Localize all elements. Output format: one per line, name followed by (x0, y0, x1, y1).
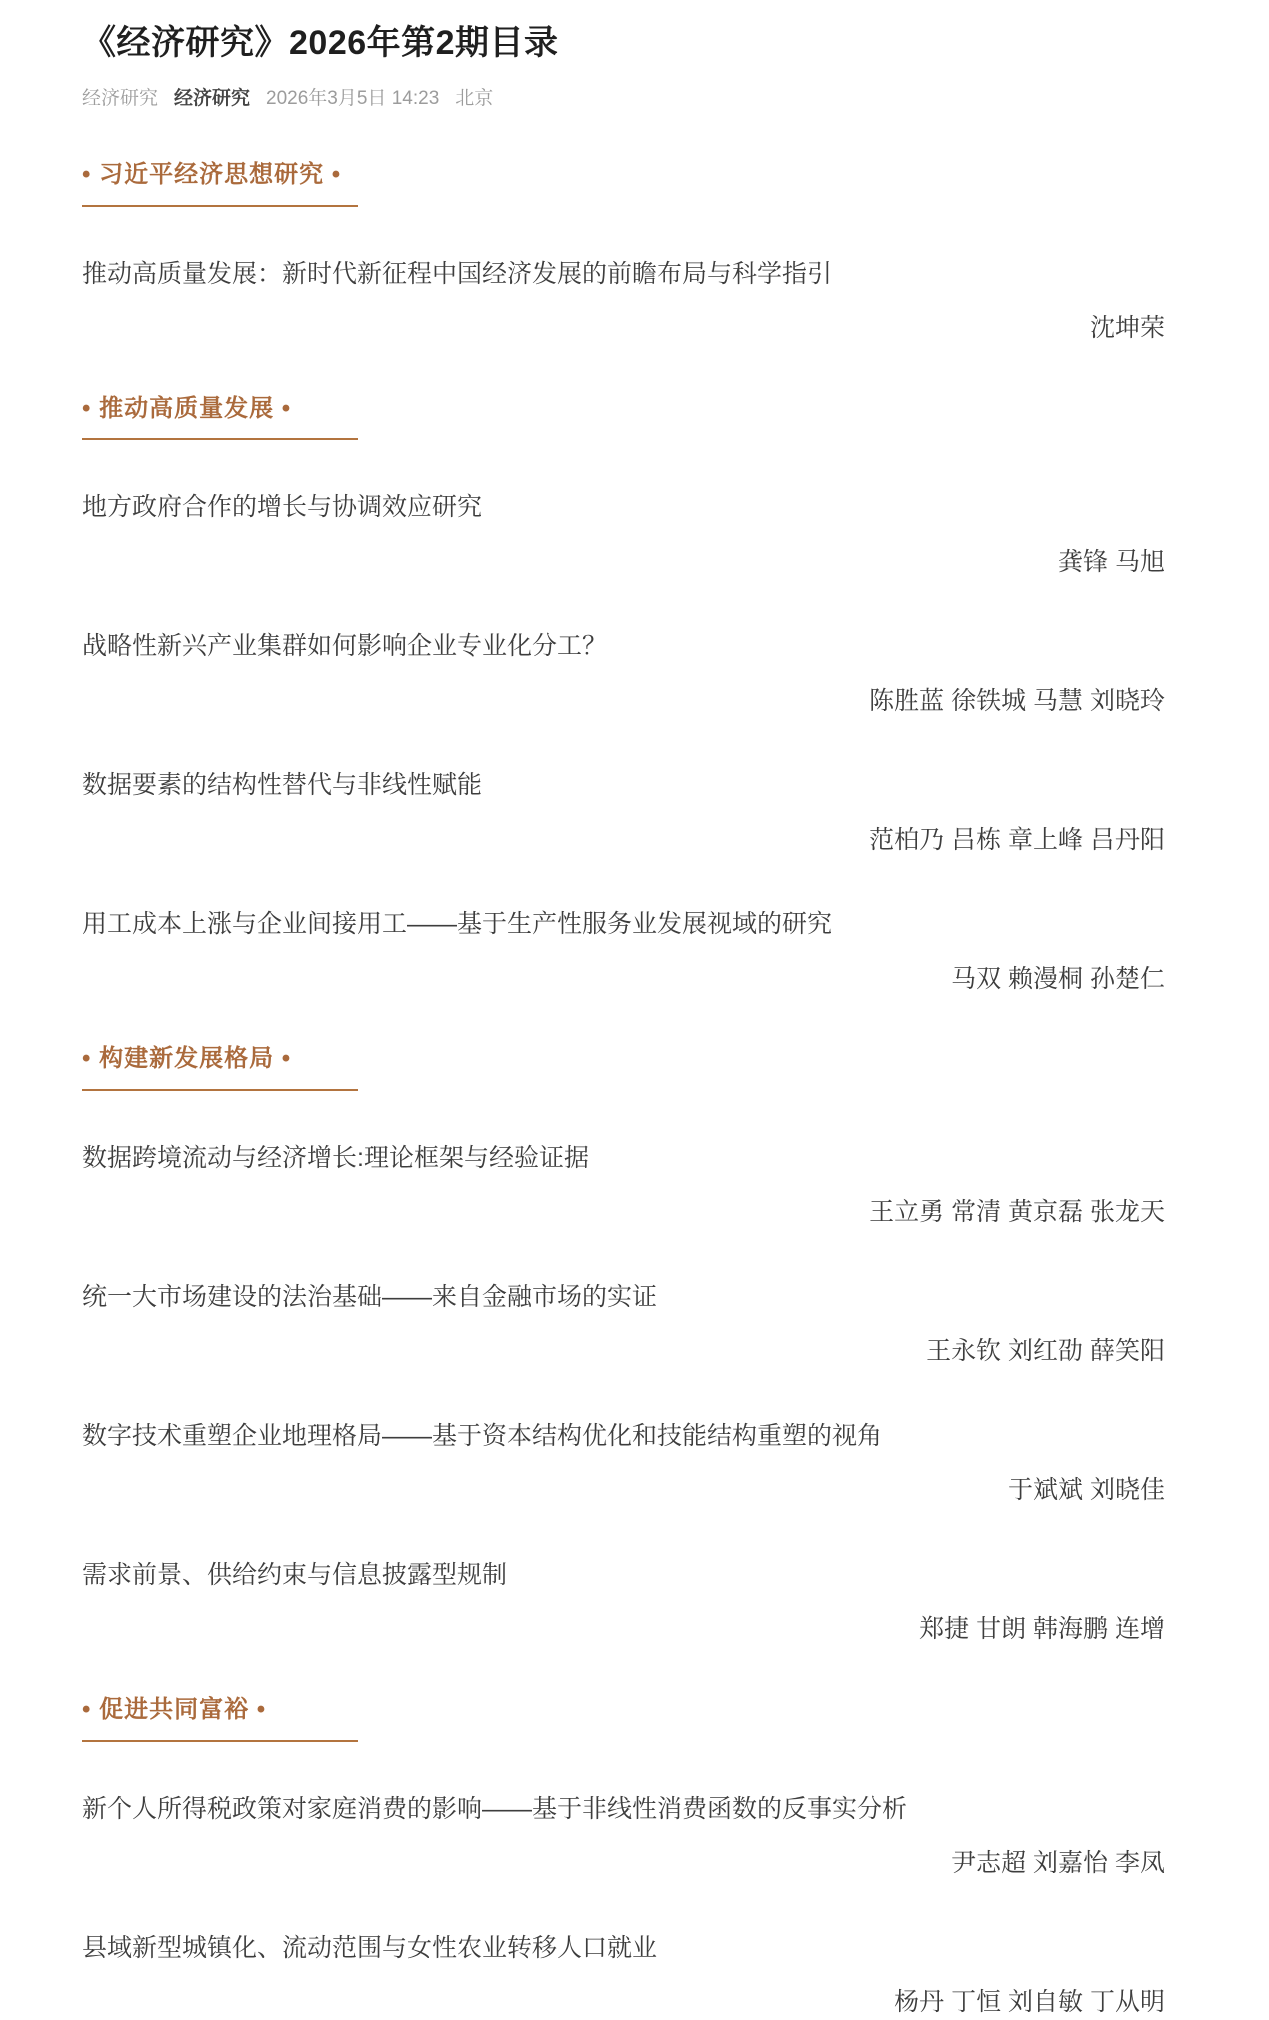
article-title: 用工成本上涨与企业间接用工——基于生产性服务业发展视域的研究 (82, 907, 1165, 942)
article-title: 统一大市场建设的法治基础——来自金融市场的实证 (82, 1280, 1165, 1315)
article-authors: 龚锋 马旭 (82, 545, 1165, 580)
article-authors: 马双 赖漫桐 孙楚仁 (82, 962, 1165, 997)
article-item: 用工成本上涨与企业间接用工——基于生产性服务业发展视域的研究 马双 赖漫桐 孙楚… (82, 907, 1165, 996)
publish-datetime: 2026年3月5日 14:23 (266, 86, 439, 113)
article-item: 数据要素的结构性替代与非线性赋能 范柏乃 吕栋 章上峰 吕丹阳 (82, 768, 1165, 857)
article-title: 新个人所得税政策对家庭消费的影响——基于非线性消费函数的反事实分析 (82, 1792, 1165, 1827)
article-item: 推动高质量发展：新时代新征程中国经济发展的前瞻布局与科学指引 沈坤荣 (82, 257, 1165, 346)
page-title: 《经济研究》2026年第2期目录 (82, 20, 1165, 68)
article-item: 战略性新兴产业集群如何影响企业专业化分工？ 陈胜蓝 徐铁城 马慧 刘晓玲 (82, 629, 1165, 718)
article-title: 县域新型城镇化、流动范围与女性农业转移人口就业 (82, 1931, 1165, 1966)
article-item: 数据跨境流动与经济增长:理论框架与经验证据 王立勇 常清 黄京磊 张龙天 (82, 1141, 1165, 1230)
article-title: 数据要素的结构性替代与非线性赋能 (82, 768, 1165, 803)
section-heading: • 构建新发展格局 • (82, 1042, 358, 1091)
article-title: 数字技术重塑企业地理格局——基于资本结构优化和技能结构重塑的视角 (82, 1419, 1165, 1454)
article-item: 地方政府合作的增长与协调效应研究 龚锋 马旭 (82, 490, 1165, 579)
article-authors: 尹志超 刘嘉怡 李凤 (82, 1846, 1165, 1881)
section-heading: • 推动高质量发展 • (82, 392, 358, 441)
article-meta: 经济研究 经济研究 2026年3月5日 14:23 北京 (82, 86, 1165, 113)
article-title: 地方政府合作的增长与协调效应研究 (82, 490, 1165, 525)
article-item: 新个人所得税政策对家庭消费的影响——基于非线性消费函数的反事实分析 尹志超 刘嘉… (82, 1792, 1165, 1881)
article-authors: 郑捷 甘朗 韩海鹏 连增 (82, 1612, 1165, 1647)
article-title: 推动高质量发展：新时代新征程中国经济发展的前瞻布局与科学指引 (82, 257, 1165, 292)
article-authors: 范柏乃 吕栋 章上峰 吕丹阳 (82, 823, 1165, 858)
section-xi-jinping-economic-thought: • 习近平经济思想研究 • 推动高质量发展：新时代新征程中国经济发展的前瞻布局与… (82, 158, 1165, 346)
article-authors: 沈坤荣 (82, 311, 1165, 346)
article-item: 需求前景、供给约束与信息披露型规制 郑捷 甘朗 韩海鹏 连增 (82, 1558, 1165, 1647)
article-item: 县域新型城镇化、流动范围与女性农业转移人口就业 杨丹 丁恒 刘自敏 丁从明 (82, 1931, 1165, 2020)
account-name-link[interactable]: 经济研究 (174, 86, 250, 113)
section-heading: • 促进共同富裕 • (82, 1693, 358, 1742)
article-authors: 于斌斌 刘晓佳 (82, 1473, 1165, 1508)
author-name: 经济研究 (82, 86, 158, 113)
article-item: 数字技术重塑企业地理格局——基于资本结构优化和技能结构重塑的视角 于斌斌 刘晓佳 (82, 1419, 1165, 1508)
article-authors: 王永钦 刘红劭 薛笑阳 (82, 1334, 1165, 1369)
article-authors: 王立勇 常清 黄京磊 张龙天 (82, 1195, 1165, 1230)
article-title: 战略性新兴产业集群如何影响企业专业化分工？ (82, 629, 1165, 664)
article-authors: 杨丹 丁恒 刘自敏 丁从明 (82, 1985, 1165, 2020)
section-common-prosperity: • 促进共同富裕 • 新个人所得税政策对家庭消费的影响——基于非线性消费函数的反… (82, 1693, 1165, 2020)
section-new-development-pattern: • 构建新发展格局 • 数据跨境流动与经济增长:理论框架与经验证据 王立勇 常清… (82, 1042, 1165, 1647)
article-title: 需求前景、供给约束与信息披露型规制 (82, 1558, 1165, 1593)
article-page: 《经济研究》2026年第2期目录 经济研究 经济研究 2026年3月5日 14:… (0, 0, 1269, 2020)
article-authors: 陈胜蓝 徐铁城 马慧 刘晓玲 (82, 684, 1165, 719)
article-title: 数据跨境流动与经济增长:理论框架与经验证据 (82, 1141, 1165, 1176)
section-high-quality-development: • 推动高质量发展 • 地方政府合作的增长与协调效应研究 龚锋 马旭 战略性新兴… (82, 392, 1165, 997)
section-heading: • 习近平经济思想研究 • (82, 158, 358, 207)
article-item: 统一大市场建设的法治基础——来自金融市场的实证 王永钦 刘红劭 薛笑阳 (82, 1280, 1165, 1369)
publish-location: 北京 (455, 86, 493, 113)
